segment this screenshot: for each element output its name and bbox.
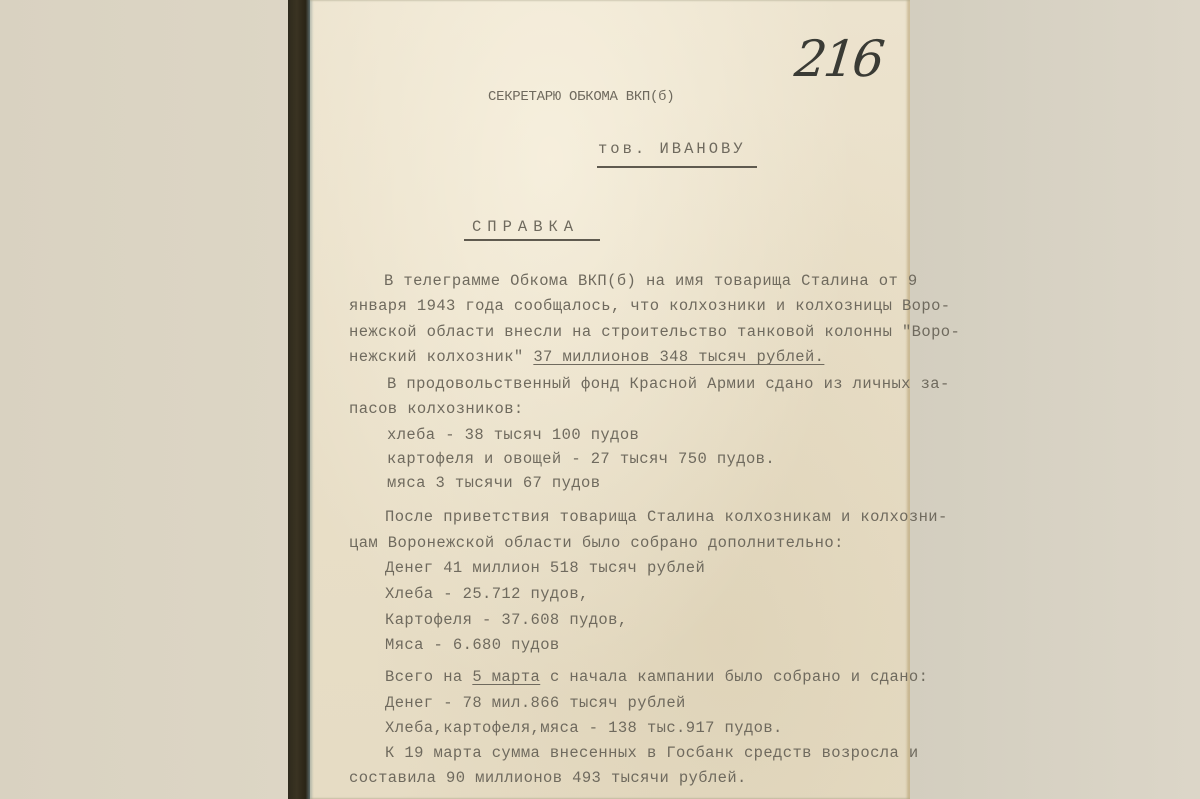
addressee-line-2: тов. ИВАНОВУ (598, 142, 746, 158)
paragraph-2-line-2: пасов колхозников: (349, 402, 524, 418)
paragraph-2-line-1: В продовольственный фонд Красной Армии с… (387, 377, 950, 393)
paragraph-2-item-2: картофеля и овощей - 27 тысяч 750 пудов. (387, 452, 775, 468)
addressee-line-1: СЕКРЕТАРЮ ОБКОМА ВКП(б) (488, 90, 674, 104)
date-underlined: 5 марта (472, 668, 540, 686)
binding-strip (288, 0, 310, 799)
paragraph-3-item-4: Мяса - 6.680 пудов (385, 638, 560, 654)
paragraph-4-item-2: Хлеба,картофеля,мяса - 138 тыс.917 пудов… (385, 721, 783, 737)
paragraph-4-item-1: Денег - 78 мил.866 тысяч рублей (385, 696, 686, 712)
paragraph-1-line-4-text: нежский колхозник" (349, 348, 533, 366)
paragraph-5-line-1: К 19 марта сумма внесенных в Госбанк сре… (385, 746, 919, 762)
paragraph-5-line-2: составила 90 миллионов 493 тысячи рублей… (349, 771, 747, 787)
paragraph-3-item-3: Картофеля - 37.608 пудов, (385, 613, 628, 629)
background-right (910, 0, 1200, 799)
amount-underlined: 37 миллионов 348 тысяч рублей. (533, 348, 824, 366)
document-title: СПРАВКА (472, 220, 579, 236)
title-underline (464, 239, 600, 241)
paragraph-3-line-1: После приветствия товарища Сталина колхо… (385, 510, 948, 526)
paragraph-3-item-1: Денег 41 миллион 518 тысяч рублей (385, 561, 705, 577)
paragraph-3-item-2: Хлеба - 25.712 пудов, (385, 587, 589, 603)
paragraph-3-line-2: цам Воронежской области было собрано доп… (349, 536, 844, 552)
paragraph-4-suffix: с начала кампании было собрано и сдано: (540, 668, 928, 686)
paragraph-1-line-3: нежской области внесли на строительство … (349, 325, 960, 341)
addressee-name: тов. ИВАНОВУ (598, 140, 746, 158)
addressee-underline (597, 166, 757, 168)
background-left (0, 0, 288, 799)
paragraph-4-line-1: Всего на 5 марта с начала кампании было … (385, 670, 928, 686)
paragraph-2-item-1: хлеба - 38 тысяч 100 пудов (387, 428, 639, 444)
handwritten-page-number: 216 (792, 30, 885, 88)
paragraph-1-line-2: января 1943 года сообщалось, что колхозн… (349, 299, 951, 315)
paragraph-1-line-1: В телеграмме Обкома ВКП(б) на имя товари… (384, 274, 918, 290)
paragraph-2-item-3: мяса 3 тысячи 67 пудов (387, 476, 600, 492)
paragraph-4-prefix: Всего на (385, 668, 472, 686)
paragraph-1-line-4: нежский колхозник" 37 миллионов 348 тыся… (349, 350, 824, 366)
